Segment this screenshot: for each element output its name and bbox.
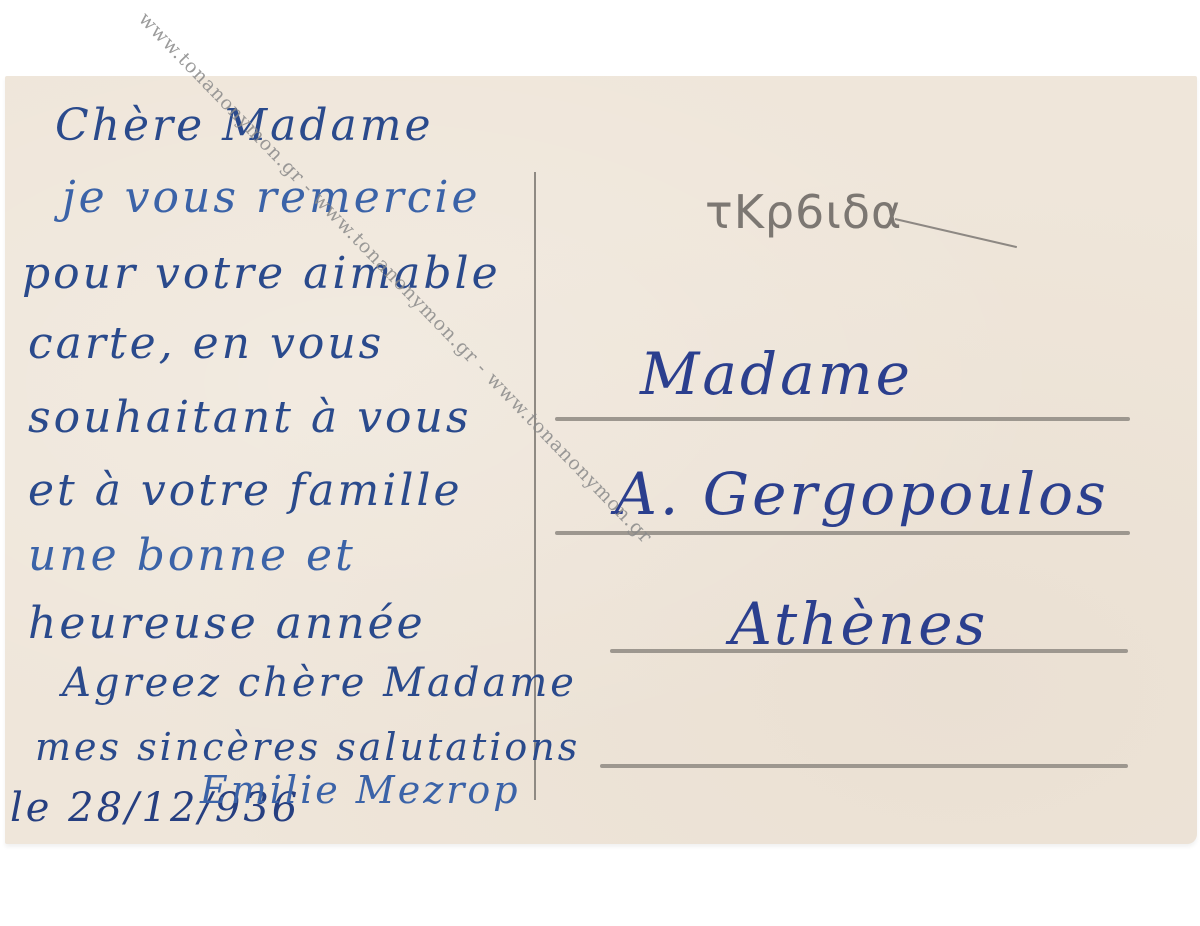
message-line-8: heureuse année bbox=[28, 598, 426, 649]
message-line-4: carte, en vous bbox=[28, 318, 384, 369]
message-line-6: et à votre famille bbox=[28, 465, 463, 516]
message-signature: Emilie Mezrop bbox=[200, 768, 521, 812]
message-line-10: mes sincères salutations bbox=[35, 725, 580, 769]
message-line-3: pour votre aimable bbox=[22, 248, 501, 299]
address-line-1 bbox=[555, 417, 1130, 421]
message-line-7: une bonne et bbox=[28, 530, 356, 581]
pencil-annotation: τΚρ6ιδα bbox=[705, 185, 902, 239]
address-recipient-name: A. Gergopoulos bbox=[615, 460, 1109, 528]
message-line-9: Agreez chère Madame bbox=[62, 660, 577, 706]
address-city: Athènes bbox=[730, 590, 988, 658]
address-recipient-title: Madame bbox=[640, 340, 913, 408]
message-line-2: je vous remercie bbox=[62, 172, 481, 223]
address-line-4 bbox=[600, 764, 1128, 768]
message-line-5: souhaitant à vous bbox=[28, 392, 471, 443]
